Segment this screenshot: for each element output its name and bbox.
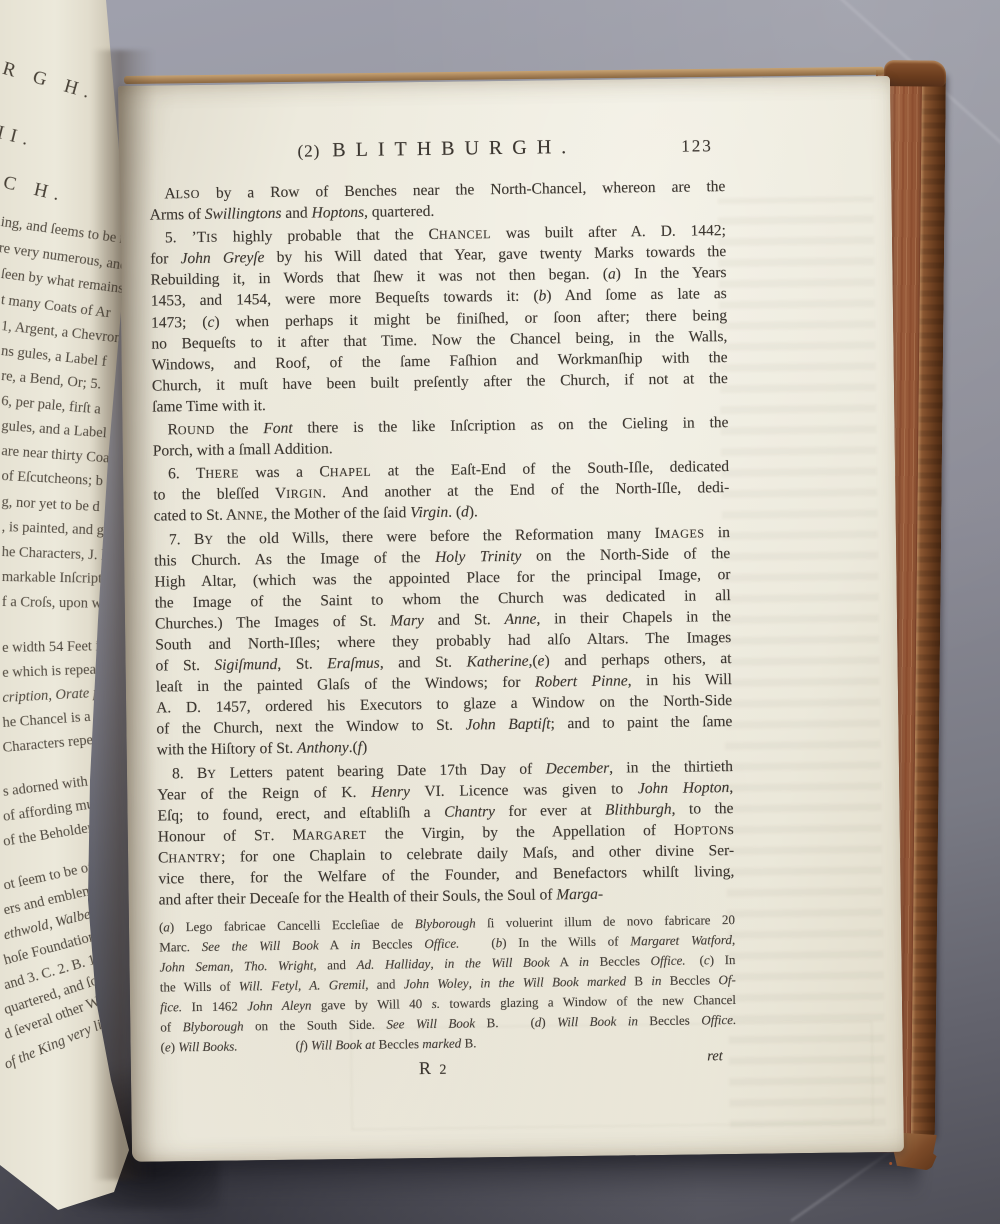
left-page-fragment: f a Croſs, upon w <box>2 594 103 613</box>
body-paragraph: 6. There was a Chapel at the Eaſt-End of… <box>153 456 730 527</box>
text-block: (2)BLITHBURGH. 123 Also by a Row of Benc… <box>149 134 737 1086</box>
left-page-fragment: , is painted, and g <box>1 519 104 540</box>
left-page-fragment: R G H. <box>0 58 99 106</box>
ink-offset-ghost <box>718 196 886 1128</box>
body-paragraph: Round the Font there is the like Inſcrip… <box>152 412 729 462</box>
book-right-page: (2)BLITHBURGH. 123 Also by a Row of Benc… <box>118 76 904 1162</box>
paper-speck <box>889 1162 892 1165</box>
left-page-fragment: 6, per pale, firſt a <box>1 393 102 419</box>
page-number: 123 <box>681 136 713 156</box>
left-page-fragment: Characters repeat <box>2 731 104 757</box>
body-paragraph: 8. By Letters patent bearing Date 17th D… <box>157 756 735 911</box>
running-header: (2)BLITHBURGH. 123 <box>149 134 725 170</box>
left-page-fragment: g, nor yet to be d <box>1 494 100 516</box>
left-page-fragment: cription, Orate p <box>2 685 101 707</box>
left-page-fragment: e which is repeat <box>2 662 100 682</box>
header-prefix: (2) <box>297 141 320 160</box>
left-page-fragment: he Chancel is a ſq <box>2 708 106 732</box>
left-page-fragment: he Characters, J. l <box>1 544 105 565</box>
body-paragraph: Also by a Row of Benches near the North-… <box>149 176 726 226</box>
body-text: Also by a Row of Benches near the North-… <box>149 176 734 911</box>
page-title: BLITHBURGH. <box>332 136 576 161</box>
left-page-fragment: e width 54 Feet i <box>2 638 100 657</box>
left-page-fragment: II. <box>0 122 37 153</box>
board-top-corner <box>884 60 946 87</box>
left-page-fragment: re, a Bend, Or; 5. <box>1 368 102 394</box>
gutter-shadow <box>92 50 154 1180</box>
footnotes: (a) Lego fabricae Cancelli Eccleſiae de … <box>159 910 737 1058</box>
left-page-fragment: C H. <box>1 172 68 208</box>
catchword: ret <box>707 1048 723 1065</box>
signature-mark: R 2 <box>419 1058 449 1079</box>
photo-backdrop: (2)BLITHBURGH. 123 Also by a Row of Benc… <box>0 0 1000 1224</box>
body-paragraph: 5. ’Tis highly probable that the Chancel… <box>150 220 728 417</box>
left-page-fragment: of Eſcutcheons; b <box>1 468 103 490</box>
body-paragraph: 7. By the old Wills, there were before t… <box>154 522 733 762</box>
